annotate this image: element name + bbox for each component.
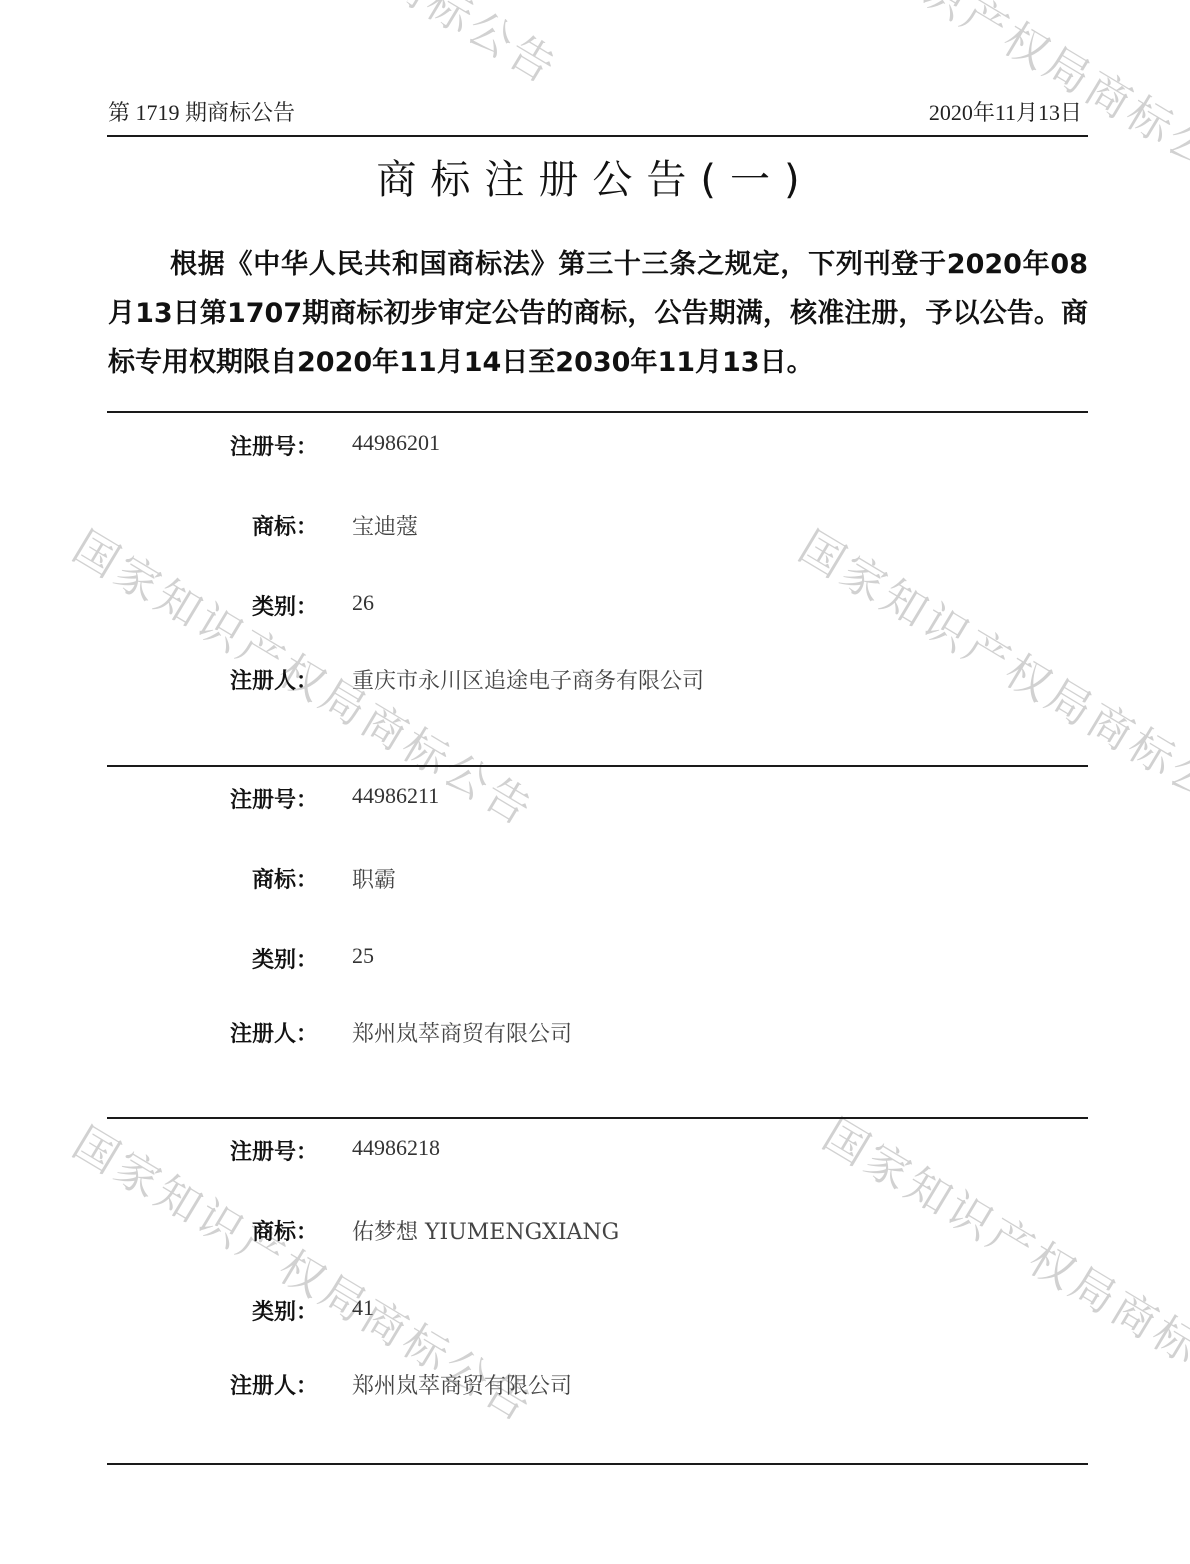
trademark-row: 商标： 佑梦想 YIUMENGXIANG <box>0 1215 1190 1251</box>
issue-number: 第 1719 期商标公告 <box>108 96 295 127</box>
reg-no-row: 注册号： 44986211 <box>0 783 1190 819</box>
trademark-value: 职霸 <box>352 863 396 894</box>
section-divider <box>107 411 1088 413</box>
registrant-value: 郑州岚萃商贸有限公司 <box>352 1369 572 1400</box>
footer-divider <box>107 1463 1088 1465</box>
class-value: 41 <box>352 1295 374 1321</box>
registrant-row: 注册人： 重庆市永川区追途电子商务有限公司 <box>0 664 1190 700</box>
registrant-label: 注册人： <box>230 1017 318 1048</box>
trademark-value: 宝迪蔻 <box>352 510 418 541</box>
announcement-page: 国家知识产权局商标公告 国家知识产权局商标公告 国家知识产权局商标公告 国家知识… <box>0 0 1190 1564</box>
section-divider <box>107 1117 1088 1119</box>
class-row: 类别： 26 <box>0 590 1190 626</box>
watermark: 国家知识产权局商标公告 <box>87 0 573 97</box>
trademark-label: 商标： <box>252 863 318 894</box>
reg-no-row: 注册号： 44986218 <box>0 1135 1190 1171</box>
trademark-label: 商标： <box>252 510 318 541</box>
reg-no-value: 44986211 <box>352 783 439 809</box>
registrant-row: 注册人： 郑州岚萃商贸有限公司 <box>0 1017 1190 1053</box>
reg-no-value: 44986218 <box>352 1135 440 1161</box>
trademark-value: 佑梦想 YIUMENGXIANG <box>352 1215 619 1246</box>
class-row: 类别： 25 <box>0 943 1190 979</box>
intro-paragraph: 根据《中华人民共和国商标法》第三十三条之规定，下列刊登于2020年08月13日第… <box>108 240 1088 387</box>
reg-no-label: 注册号： <box>230 430 318 461</box>
registrant-label: 注册人： <box>230 1369 318 1400</box>
page-title: 商标注册公告(一) <box>0 148 1190 205</box>
class-row: 类别： 41 <box>0 1295 1190 1331</box>
section-divider <box>107 765 1088 767</box>
class-label: 类别： <box>252 1295 318 1326</box>
class-label: 类别： <box>252 590 318 621</box>
reg-no-label: 注册号： <box>230 1135 318 1166</box>
registrant-label: 注册人： <box>230 664 318 695</box>
trademark-row: 商标： 宝迪蔻 <box>0 510 1190 546</box>
registrant-row: 注册人： 郑州岚萃商贸有限公司 <box>0 1369 1190 1405</box>
header-divider <box>107 135 1088 137</box>
class-value: 26 <box>352 590 374 616</box>
registrant-value: 重庆市永川区追途电子商务有限公司 <box>352 664 704 695</box>
class-label: 类别： <box>252 943 318 974</box>
class-value: 25 <box>352 943 374 969</box>
trademark-label: 商标： <box>252 1215 318 1246</box>
reg-no-value: 44986201 <box>352 430 440 456</box>
reg-no-label: 注册号： <box>230 783 318 814</box>
trademark-row: 商标： 职霸 <box>0 863 1190 899</box>
registrant-value: 郑州岚萃商贸有限公司 <box>352 1017 572 1048</box>
issue-date: 2020年11月13日 <box>929 96 1082 127</box>
reg-no-row: 注册号： 44986201 <box>0 430 1190 466</box>
